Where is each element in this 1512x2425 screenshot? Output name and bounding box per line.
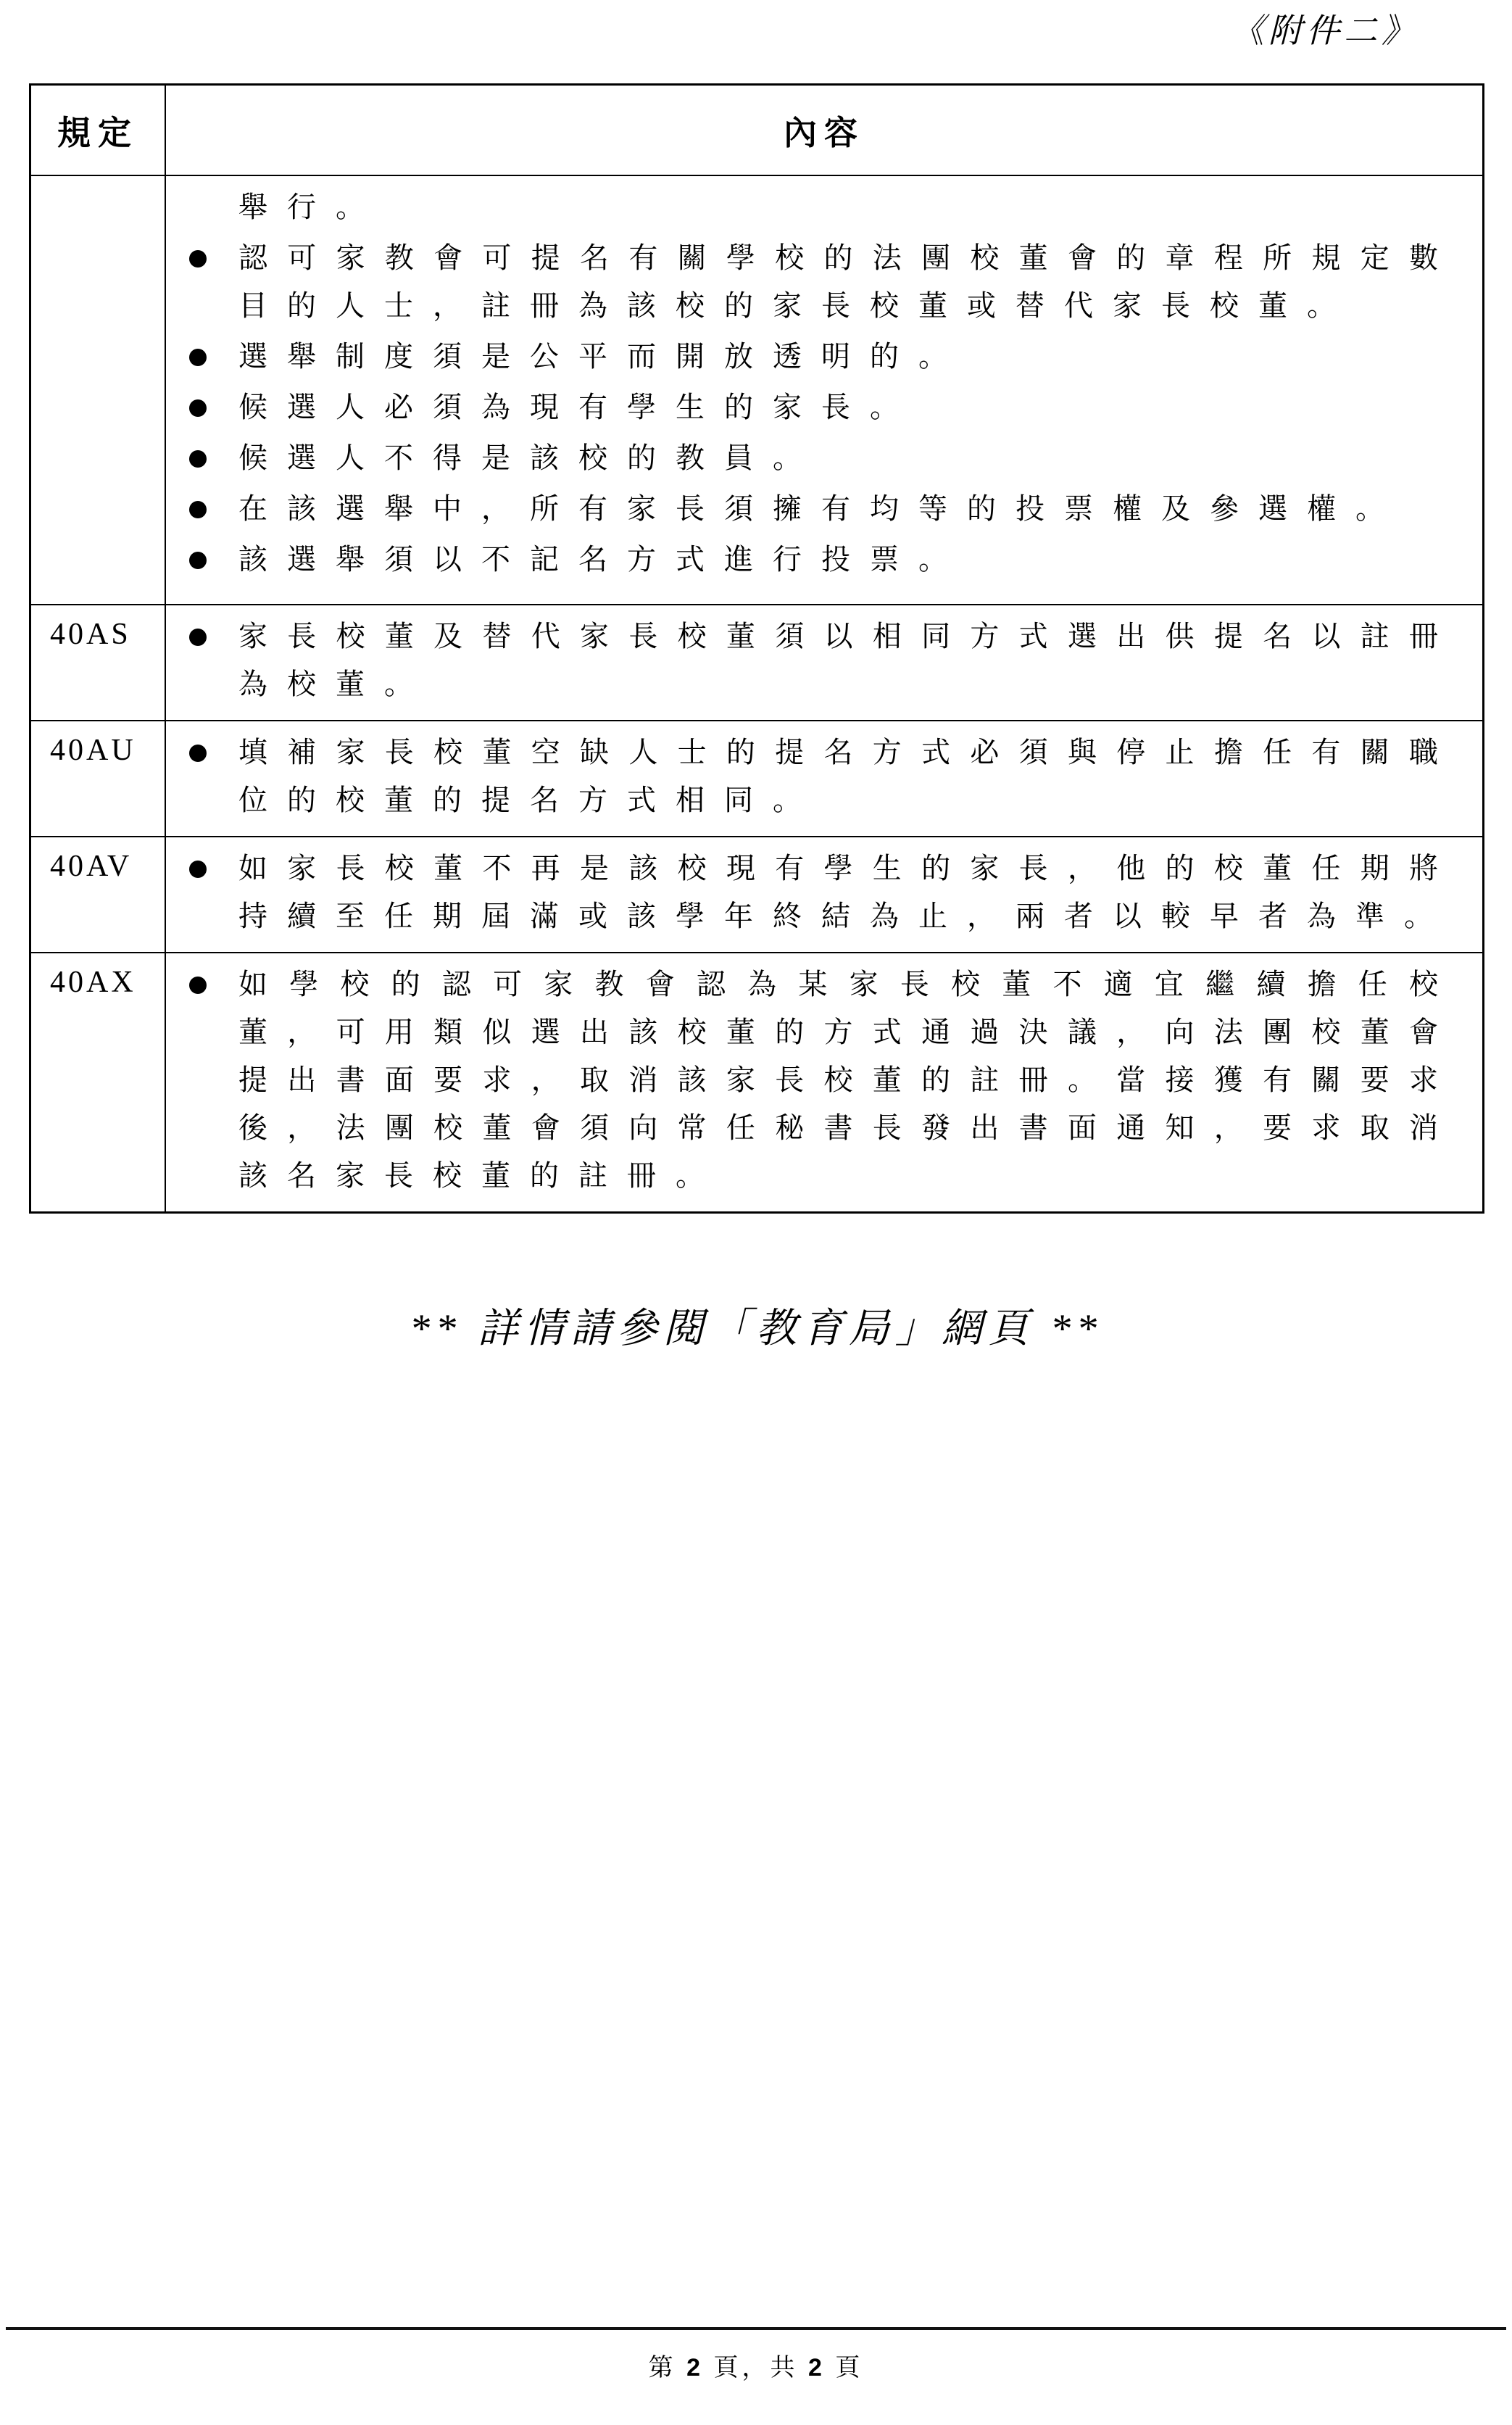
list-item: 填補家長校董空缺人士的提名方式必須與停止擔任有關職位的校董的提名方式相同。 <box>183 729 1458 824</box>
list-item: 家長校董及替代家長校董須以相同方式選出供提名以註冊為校董。 <box>183 613 1458 708</box>
list-item: 候選人不得是該校的教員。 <box>183 434 1458 482</box>
footer-divider <box>6 2327 1506 2330</box>
bullet-icon <box>189 552 207 569</box>
header-regulation: 規定 <box>31 86 166 175</box>
list-item: 在該選舉中，所有家長須擁有均等的投票權及參選權。 <box>183 485 1458 533</box>
list-item: 選舉制度須是公平而開放透明的。 <box>183 333 1458 381</box>
table-row: 40AX 如學校的認可家教會認為某家長校董不適宜繼續擔任校董，可用類似選出該校董… <box>31 952 1482 1211</box>
total-page-number: 2 <box>808 2354 826 2382</box>
page-number-footer: 第 2 頁，共 2 頁 <box>0 2347 1512 2383</box>
regulation-content-cell: 如家長校董不再是該校現有學生的家長，他的校董任期將持續至任期屆滿或該學年終結為止… <box>166 837 1482 952</box>
list-item-text: 認可家教會可提名有關學校的法團校董會的章程所規定數目的人士，註冊為該校的家長校董… <box>238 234 1458 330</box>
regulation-content-cell: 如學校的認可家教會認為某家長校董不適宜繼續擔任校董，可用類似選出該校董的方式通過… <box>166 953 1482 1211</box>
list-item: 如家長校董不再是該校現有學生的家長，他的校董任期將持續至任期屆滿或該學年終結為止… <box>183 845 1458 940</box>
regulations-table: 規定 內容 舉行。 認可家教會可提名有關學校的法團校董會的章程所規定數目的人士，… <box>29 83 1484 1214</box>
regulation-code-cell <box>31 176 166 604</box>
list-item-text: 選舉制度須是公平而開放透明的。 <box>238 333 1458 381</box>
list-item-text: 填補家長校董空缺人士的提名方式必須與停止擔任有關職位的校董的提名方式相同。 <box>238 729 1458 824</box>
list-item-text: 舉行。 <box>238 183 1458 231</box>
list-item-text: 如家長校董不再是該校現有學生的家長，他的校董任期將持續至任期屆滿或該學年終結為止… <box>238 845 1458 940</box>
table-row: 40AU 填補家長校董空缺人士的提名方式必須與停止擔任有關職位的校董的提名方式相… <box>31 720 1482 836</box>
regulation-content-cell: 舉行。 認可家教會可提名有關學校的法團校董會的章程所規定數目的人士，註冊為該校的… <box>166 176 1482 604</box>
document-page: 《附件二》 規定 內容 舉行。 認可家教會可提名有關學校的法團校董會的章程所規定… <box>0 0 1512 2425</box>
table-row: 舉行。 認可家教會可提名有關學校的法團校董會的章程所規定數目的人士，註冊為該校的… <box>31 175 1482 604</box>
bullet-icon <box>189 629 207 646</box>
bullet-icon <box>189 501 207 518</box>
regulation-code-cell: 40AV <box>31 837 166 952</box>
edb-website-note: ** 詳情請參閱「教育局」網頁 ** <box>0 1296 1512 1354</box>
bullet-icon <box>189 861 207 878</box>
bullet-icon <box>189 450 207 468</box>
annex-label: 《附件二》 <box>1231 4 1419 52</box>
bullet-icon <box>189 250 207 268</box>
bullet-icon <box>189 745 207 762</box>
list-item-text: 候選人必須為現有學生的家長。 <box>238 384 1458 431</box>
list-item-text: 候選人不得是該校的教員。 <box>238 434 1458 482</box>
table-row: 40AV 如家長校董不再是該校現有學生的家長，他的校董任期將持續至任期屆滿或該學… <box>31 836 1482 952</box>
list-item-text: 如學校的認可家教會認為某家長校董不適宜繼續擔任校董，可用類似選出該校董的方式通過… <box>238 961 1458 1200</box>
list-item: 認可家教會可提名有關學校的法團校董會的章程所規定數目的人士，註冊為該校的家長校董… <box>183 234 1458 330</box>
table-row: 40AS 家長校董及替代家長校董須以相同方式選出供提名以註冊為校董。 <box>31 604 1482 720</box>
list-item: 該選舉須以不記名方式進行投票。 <box>183 536 1458 584</box>
list-item-text: 家長校董及替代家長校董須以相同方式選出供提名以註冊為校董。 <box>238 613 1458 708</box>
bullet-icon <box>189 349 207 366</box>
list-item: 候選人必須為現有學生的家長。 <box>183 384 1458 431</box>
footer-text: 頁，共 <box>704 2355 808 2382</box>
regulation-code-cell: 40AS <box>31 605 166 720</box>
list-item-text: 該選舉須以不記名方式進行投票。 <box>238 536 1458 584</box>
header-content: 內容 <box>166 86 1482 175</box>
list-item: 舉行。 <box>183 183 1458 231</box>
current-page-number: 2 <box>686 2354 704 2382</box>
regulation-content-cell: 家長校董及替代家長校董須以相同方式選出供提名以註冊為校董。 <box>166 605 1482 720</box>
bullet-icon <box>189 977 207 994</box>
regulation-code-cell: 40AU <box>31 721 166 836</box>
footer-text: 第 <box>649 2355 687 2382</box>
footer-text: 頁 <box>826 2355 864 2382</box>
regulation-content-cell: 填補家長校董空缺人士的提名方式必須與停止擔任有關職位的校董的提名方式相同。 <box>166 721 1482 836</box>
bullet-icon <box>189 399 207 417</box>
list-item: 如學校的認可家教會認為某家長校董不適宜繼續擔任校董，可用類似選出該校董的方式通過… <box>183 961 1458 1200</box>
table-header-row: 規定 內容 <box>31 86 1482 175</box>
regulation-code-cell: 40AX <box>31 953 166 1211</box>
list-item-text: 在該選舉中，所有家長須擁有均等的投票權及參選權。 <box>238 485 1458 533</box>
